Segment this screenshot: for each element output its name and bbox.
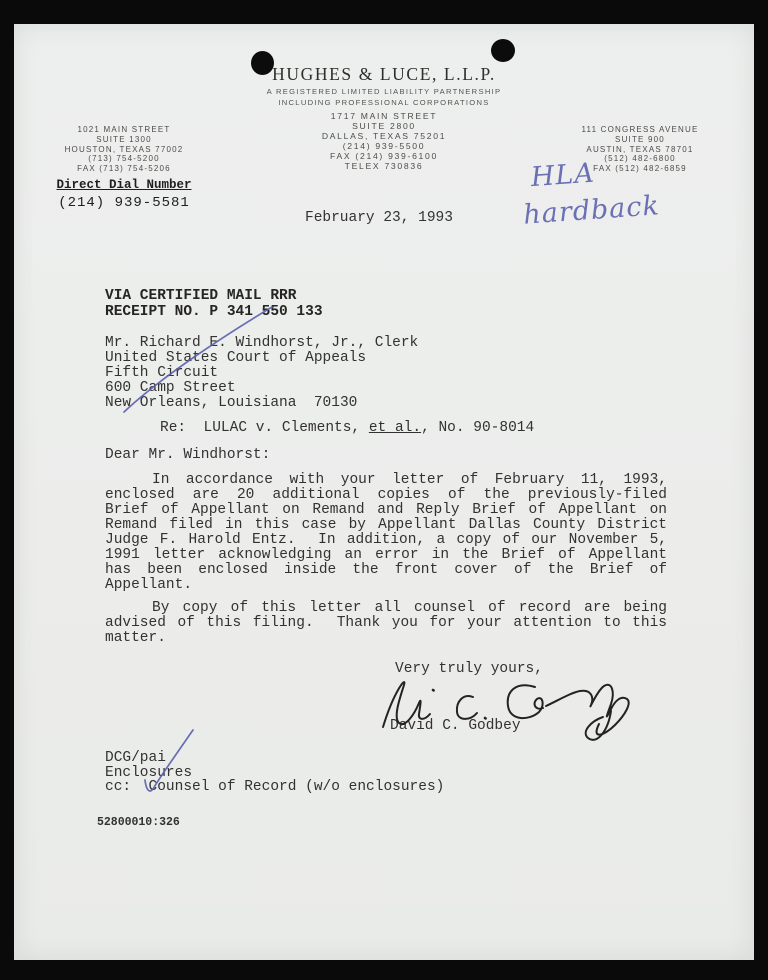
enclosures-note: Enclosures xyxy=(105,766,444,781)
reference-initials: DCG/pai xyxy=(105,751,444,766)
recipient-line: United States Court of Appeals xyxy=(105,351,418,366)
firm-name: HUGHES & LUCE, L.L.P. xyxy=(14,64,754,85)
recipient-line: 600 Camp Street xyxy=(105,381,418,396)
reference-block: DCG/pai Enclosures cc: Counsel of Record… xyxy=(105,751,444,795)
re-line: Re: LULAC v. Clements, et al., No. 90-80… xyxy=(160,420,534,436)
re-etal: et al. xyxy=(369,420,421,436)
mail-method: VIA CERTIFIED MAIL RRR xyxy=(105,288,323,304)
firm-subtitle: INCLUDING PROFESSIONAL CORPORATIONS xyxy=(14,98,754,107)
recipient-address: Mr. Richard E. Windhorst, Jr., Clerk Uni… xyxy=(105,336,418,411)
body-paragraph-2: By copy of this letter all counsel of re… xyxy=(105,601,667,646)
houston-office-address: 1021 MAIN STREET SUITE 1300 HOUSTON, TEX… xyxy=(32,125,216,211)
recipient-line: New Orleans, Louisiana 70130 xyxy=(105,396,418,411)
document-number: 52800010:326 xyxy=(97,816,180,829)
receipt-number: RECEIPT NO. P 341 550 133 xyxy=(105,304,323,320)
punch-hole-right xyxy=(491,39,515,62)
mail-method-block: VIA CERTIFIED MAIL RRR RECEIPT NO. P 341… xyxy=(105,288,323,320)
letter-page: HUGHES & LUCE, L.L.P. A REGISTERED LIMIT… xyxy=(14,24,754,960)
direct-dial-label: Direct Dial Number xyxy=(32,178,216,193)
handwritten-note: HLA hardback xyxy=(520,150,661,233)
recipient-line: Fifth Circuit xyxy=(105,366,418,381)
date-line: February 23, 1993 xyxy=(305,210,453,226)
firm-subtitle: A REGISTERED LIMITED LIABILITY PARTNERSH… xyxy=(14,87,754,96)
signer-name: David C. Godbey xyxy=(390,718,521,734)
body-paragraph-1: In accordance with your letter of Februa… xyxy=(105,473,667,593)
salutation: Dear Mr. Windhorst: xyxy=(105,447,270,463)
complimentary-close: Very truly yours, xyxy=(395,661,543,677)
recipient-line: Mr. Richard E. Windhorst, Jr., Clerk xyxy=(105,336,418,351)
direct-dial-number: (214) 939-5581 xyxy=(32,195,216,211)
cc-line: cc: Counsel of Record (w/o enclosures) xyxy=(105,780,444,795)
